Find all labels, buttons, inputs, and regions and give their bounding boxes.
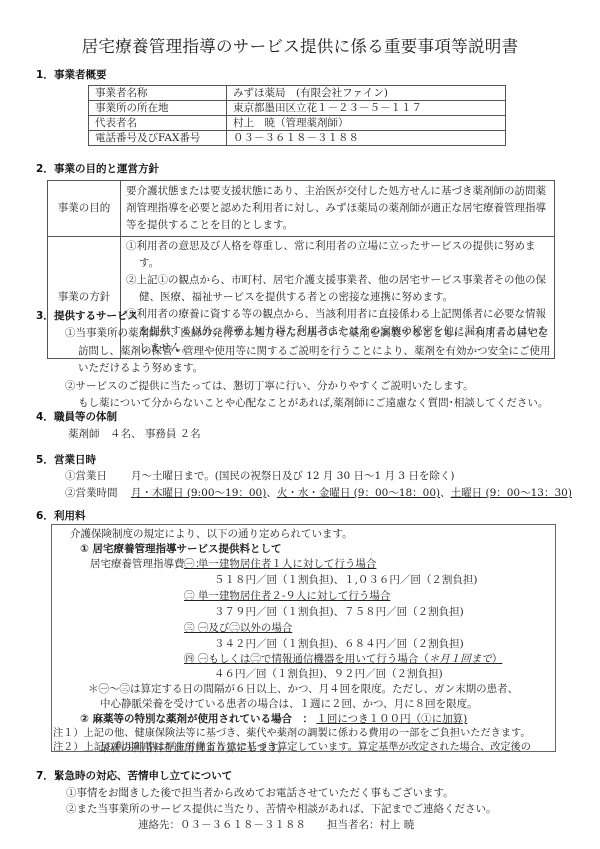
emergency-line-2: ②また当事業所のサービス提供に当たり、苦情や相談があれば、下記までご連絡ください… (66, 802, 497, 817)
limit-note: 中心静脈栄養を受けている患者の場合は、１週に２回、かつ、月に８回を限度。 (100, 697, 478, 712)
document-title: 居宅療養管理指導のサービス提供に係る重要事項等説明書 (0, 35, 600, 59)
row-key: 事業者名称 (89, 86, 227, 101)
purpose-text: 要介護状態または要支援状態にあり、主治医が交付した処方せんに基づき薬剤師の訪問薬… (121, 181, 555, 237)
section-4-heading: 4．職員等の体制 (36, 410, 117, 425)
section-2-heading: 2．事業の目的と運営方針 (36, 162, 159, 177)
row-key: 代表者名 (89, 116, 227, 131)
section-6-heading: 6．利用料 (36, 509, 86, 524)
fees-sub1-title: ① 居宅療養管理指導サービス提供料として (80, 542, 282, 557)
fee-case-price: ５１８円／回（１割負担)、１,０３６円／回（２割負担) (214, 573, 478, 588)
section-1-heading: 1．事業者概要 (36, 68, 107, 83)
business-overview-table: 事業者名称みずほ薬局 (有限会社ファイン) 事業所の所在地東京都墨田区立花１－２… (88, 85, 506, 146)
fees-sub2: ② 麻薬等の特別な薬剤が使用されている場合 ： １回につき１００円（①に加算) (80, 712, 467, 727)
fee-case-title: ㊀ 単一建物居住者１人に対して行う場合 (184, 557, 376, 572)
fees-box: 介護保険制度の規定により、以下の通り定められています。 ① 居宅療養管理指導サー… (51, 524, 556, 752)
fee-case-price: ３４２円／回（１割負担)、６８４円／回（２割負担) (214, 637, 464, 652)
table-row: 電話番号及びFAX番号０３－３６１８－３１８８ (89, 131, 506, 146)
table-row: 事業者名称みずほ薬局 (有限会社ファイン) (89, 86, 506, 101)
row-key: 事業所の所在地 (89, 101, 227, 116)
section-7-heading: 7．緊急時の対応、苦情申し立てについて (36, 769, 232, 784)
purpose-label: 事業の目的 (48, 181, 121, 237)
emergency-line-1: ①事情をお聞きした後で担当者から改めてお電話させていただく事もございます。 (66, 786, 454, 801)
row-value: 村上 暁（管理薬剤師） (227, 116, 506, 131)
fee-case-price: ３７９円／回（１割負担)、７５８円／回（２割負担) (214, 605, 464, 620)
policy-item: ①利用者の意思及び人格を尊重し、常に利用者の立場に立ったサービスの提供に努めます… (126, 238, 549, 272)
table-row: 事業の目的 要介護状態または要支援状態にあり、主治医が交付した処方せんに基づき薬… (48, 181, 555, 237)
section-3-heading: 3．提供するサービス (36, 309, 138, 324)
fee-case-title: ㊂ ㊀及び㊁以外の場合 (184, 621, 292, 636)
policy-item: ②上記①の観点から、市町村、居宅介護支援事業者、他の居宅サービス事業者その他の保… (126, 272, 549, 306)
staff-text: 薬剤師 ４名、 事務員 ２名 (68, 427, 201, 442)
services-text: ①当事業所の薬剤師が、医師の発行する処方せんに基づいて薬剤を調製するとともに、利… (65, 325, 551, 413)
note-1: 注１）上記の他、健康保険法等に基づき、薬代や薬剤の調製に係わる費用の一部をご負担… (53, 727, 531, 742)
table-row: 代表者名村上 暁（管理薬剤師） (89, 116, 506, 131)
row-key: 電話番号及びFAX番号 (89, 131, 227, 146)
contact-info: 連絡先：０３－３６１８－３１８８ 担当者名：村上 暁 (138, 818, 414, 833)
row-value: 東京都墨田区立花１－２３－５－１１７ (227, 101, 506, 116)
fee-case-price: ４６円／回（１割負担)、９２円／回（２割負担) (214, 667, 443, 682)
note-2-continued: 最新の利用料を適用日より算定します。 (100, 741, 288, 756)
fees-intro: 介護保険制度の規定により、以下の通り定められています。 (70, 527, 353, 542)
row-value: みずほ薬局 (有限会社ファイン) (227, 86, 506, 101)
fee-case-title: ㊁ 単一建物居住者２-９人に対して行う場合 (184, 589, 390, 604)
table-row: 事業所の所在地東京都墨田区立花１－２３－５－１１７ (89, 101, 506, 116)
limit-note: ＊㊀～㊂は算定する日の間隔が６日以上、かつ、月４回を限度。ただし、ガン末期の患者… (88, 682, 518, 697)
section-5-heading: 5．営業日時 (36, 453, 96, 468)
business-days: ①営業日月～土曜日まで。(国民の祝祭日及び 12 月 30 日～1 月 3 日を… (65, 469, 454, 484)
fee-case-title: ㊃ ㊀もしくは㊁で情報通信機器を用いて行う場合（＊月１回まで） (184, 652, 502, 667)
row-value: ０３－３６１８－３１８８ (227, 131, 506, 146)
business-hours: ②営業時間月・木曜日 (9:00～19：00)、火・水・金曜日 (9：00～18… (65, 486, 572, 501)
